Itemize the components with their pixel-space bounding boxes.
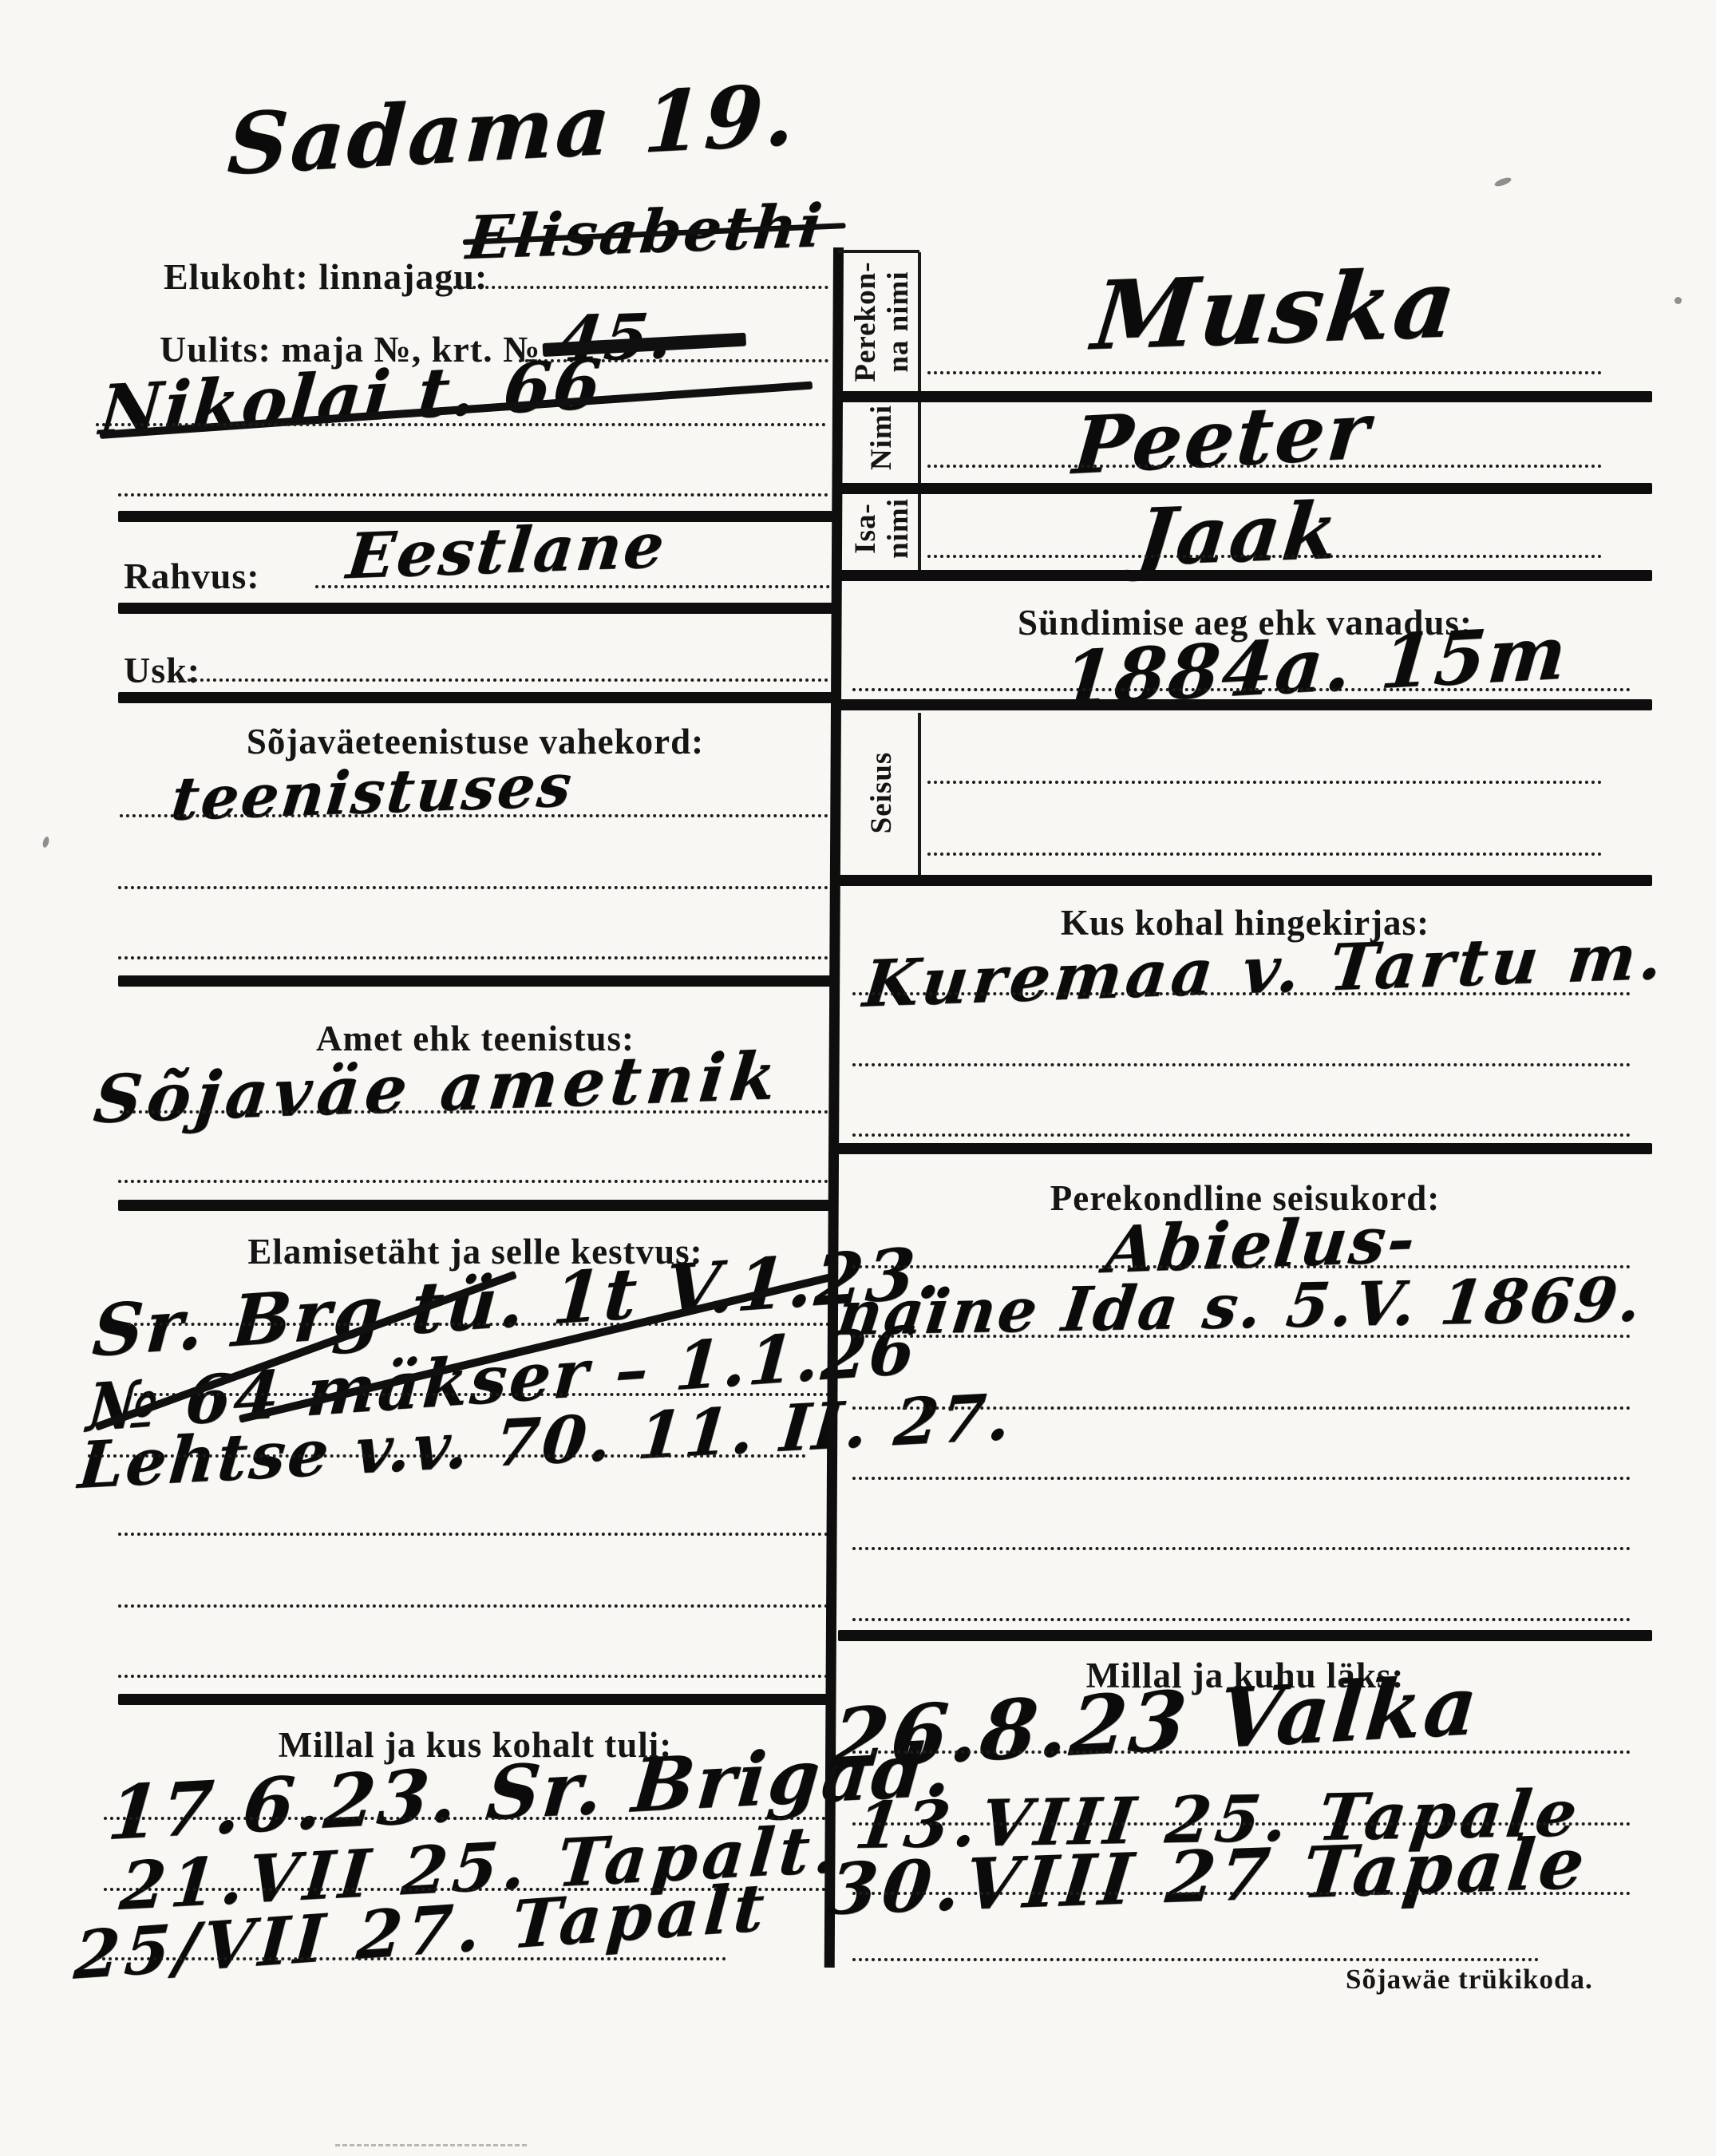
patronymic-dotted-line <box>927 555 1602 558</box>
military-service-dotted-line <box>120 814 828 817</box>
military-service-handwritten: teenistuses <box>168 751 577 834</box>
usk-label: Usk: <box>124 651 200 691</box>
section-bar <box>838 699 1652 710</box>
empty-dotted-line <box>118 493 828 496</box>
section-bar <box>118 692 832 703</box>
parish-register-dotted-line-2 <box>852 1063 1631 1066</box>
empty-dotted-line <box>852 1547 1631 1550</box>
status-label: Seisus <box>865 752 898 834</box>
elukoht-dotted-line <box>447 286 828 289</box>
parish-register-dotted-line-3 <box>852 1133 1631 1137</box>
status-dotted-line-2 <box>927 853 1602 856</box>
parish-register-dotted-line-1 <box>852 992 1631 995</box>
section-bar <box>118 603 832 614</box>
old-street-dotted-line <box>96 423 826 426</box>
surname-label-line2: na nimi <box>882 271 915 372</box>
status-dotted-line-1 <box>927 781 1602 784</box>
elukoht-label: Elukoht: linnajagu: <box>164 257 488 298</box>
empty-dotted-line <box>852 1618 1631 1621</box>
occupation-dotted-line <box>120 1110 828 1114</box>
printer-imprint: Sõjawäe trükikoda. <box>1346 1964 1593 1996</box>
ink-speck <box>42 836 49 848</box>
surname-dotted-line <box>927 371 1602 374</box>
ink-speck <box>1493 176 1512 188</box>
usk-dotted-line <box>188 678 828 682</box>
arrival-dotted-line-3 <box>96 1957 726 1960</box>
empty-dotted-line <box>852 1958 1539 1961</box>
registration-card: Sadama 19. Elukoht: linnajagu: Elisabeth… <box>0 0 1716 2156</box>
firstname-vertical-label: Nimi <box>844 396 920 479</box>
section-bar <box>838 1630 1652 1641</box>
empty-dotted-line <box>118 1604 828 1608</box>
departure-dotted-line-3 <box>852 1892 1631 1895</box>
patronymic-vertical-label: Isa- nimi <box>844 487 920 570</box>
surname-vertical-label: Perekon- na nimi <box>844 251 920 392</box>
section-bar <box>118 975 832 987</box>
residence-permit-dotted-line-3 <box>88 1454 806 1458</box>
empty-dotted-line <box>852 1477 1631 1480</box>
firstname-dotted-line <box>927 465 1602 468</box>
rahvus-label: Rahvus: <box>124 556 260 597</box>
rahvus-handwritten-value: Eestlane <box>343 509 670 593</box>
section-bar <box>838 875 1652 886</box>
section-bar <box>118 1200 832 1211</box>
empty-dotted-line <box>118 1180 828 1183</box>
scan-edge-artifact <box>335 2144 527 2146</box>
firstname-handwritten: Peeter <box>1070 385 1375 493</box>
departure-dotted-line-1 <box>852 1751 1631 1754</box>
empty-dotted-line <box>118 956 828 959</box>
empty-dotted-line <box>118 1675 828 1678</box>
empty-dotted-line <box>118 1533 828 1536</box>
section-bar <box>838 570 1652 581</box>
surname-handwritten: Muska <box>1088 247 1463 372</box>
patronymic-label-line2: nimi <box>882 498 915 559</box>
rahvus-dotted-line <box>315 585 830 588</box>
section-bar <box>118 1694 832 1705</box>
patronymic-label-line1: Isa- <box>849 503 882 554</box>
handwritten-top-address: Sadama 19. <box>225 65 799 194</box>
surname-label-line1: Perekon- <box>849 261 882 382</box>
marital-status-dotted-line-2 <box>852 1335 1631 1338</box>
status-vertical-label: Seisus <box>844 717 920 868</box>
ink-speck <box>1674 297 1682 304</box>
section-bar <box>838 1143 1652 1154</box>
empty-dotted-line <box>852 1406 1631 1410</box>
birth-date-dotted-line <box>852 688 1631 691</box>
firstname-label: Nimi <box>865 405 898 470</box>
empty-dotted-line <box>118 886 828 889</box>
